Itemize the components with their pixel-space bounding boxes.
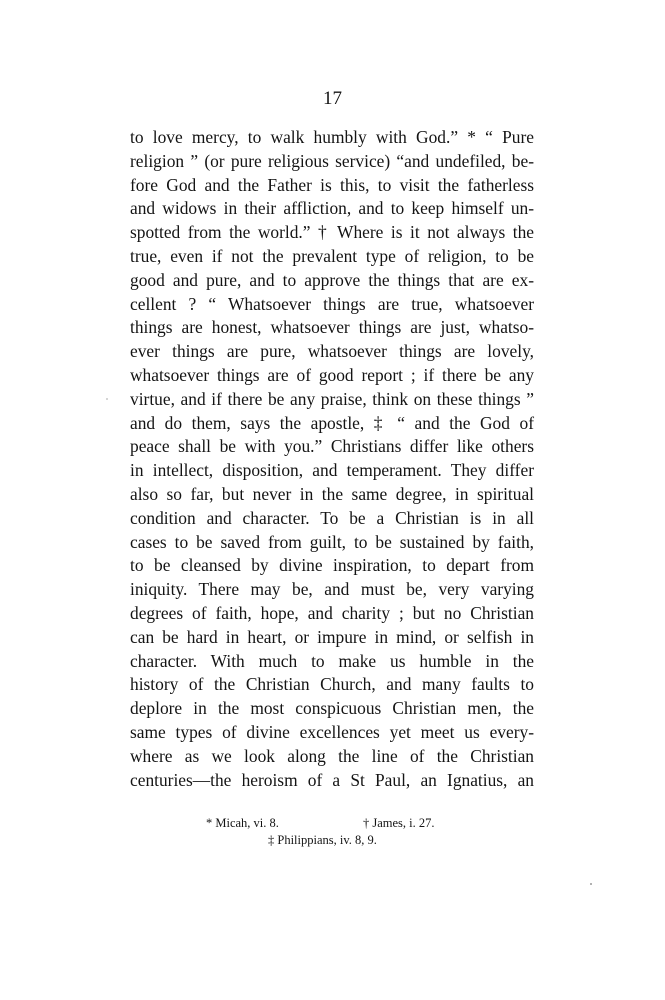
text-line: and do them, says the apostle, ‡ “ and t… <box>130 412 534 436</box>
text-line: cases to be saved from guilt, to be sust… <box>130 531 534 555</box>
text-line: centuries—the heroism of a St Paul, an I… <box>130 769 534 793</box>
text-line: to be cleansed by divine inspiration, to… <box>130 554 534 578</box>
text-line: things are honest, whatsoever things are… <box>130 316 534 340</box>
text-line: good and pure, and to approve the things… <box>130 269 534 293</box>
text-line: history of the Christian Church, and man… <box>130 673 534 697</box>
footnotes: * Micah, vi. 8. † James, i. 27. ‡ Philip… <box>0 815 665 849</box>
text-line: degrees of faith, hope, and charity ; bu… <box>130 602 534 626</box>
text-line: to love mercy, to walk humbly with God.”… <box>130 126 534 150</box>
text-line: fore God and the Father is this, to visi… <box>130 174 534 198</box>
text-line: true, even if not the prevalent type of … <box>130 245 534 269</box>
text-line: deplore in the most conspicuous Christia… <box>130 697 534 721</box>
text-line: in intellect, disposition, and temperame… <box>130 459 534 483</box>
text-line: same types of divine excellences yet mee… <box>130 721 534 745</box>
text-line: and widows in their affliction, and to k… <box>130 197 534 221</box>
text-line: character. With much to make us humble i… <box>130 650 534 674</box>
text-line: whatsoever things are of good report ; i… <box>130 364 534 388</box>
text-line: where as we look along the line of the C… <box>130 745 534 769</box>
text-line: peace shall be with you.” Christians dif… <box>130 435 534 459</box>
scan-speck <box>106 398 108 400</box>
text-line: iniquity. There may be, and must be, ver… <box>130 578 534 602</box>
text-line: religion ” (or pure religious service) “… <box>130 150 534 174</box>
scan-speck <box>590 883 592 885</box>
body-text: to love mercy, to walk humbly with God.”… <box>130 126 534 792</box>
text-line: condition and character. To be a Christi… <box>130 507 534 531</box>
footnote-james: † James, i. 27. <box>363 815 435 832</box>
text-line: ever things are pure, whatsoever things … <box>130 340 534 364</box>
text-line: spotted from the world.” † Where is it n… <box>130 221 534 245</box>
text-line: cellent ? “ Whatsoever things are true, … <box>130 293 534 317</box>
text-line: also so far, but never in the same degre… <box>130 483 534 507</box>
text-line: virtue, and if there be any praise, thin… <box>130 388 534 412</box>
page-number: 17 <box>0 88 665 110</box>
text-line: can be hard in heart, or impure in mind,… <box>130 626 534 650</box>
footnote-philippians: ‡ Philippians, iv. 8, 9. <box>268 832 377 849</box>
footnote-micah: * Micah, vi. 8. <box>206 815 279 832</box>
